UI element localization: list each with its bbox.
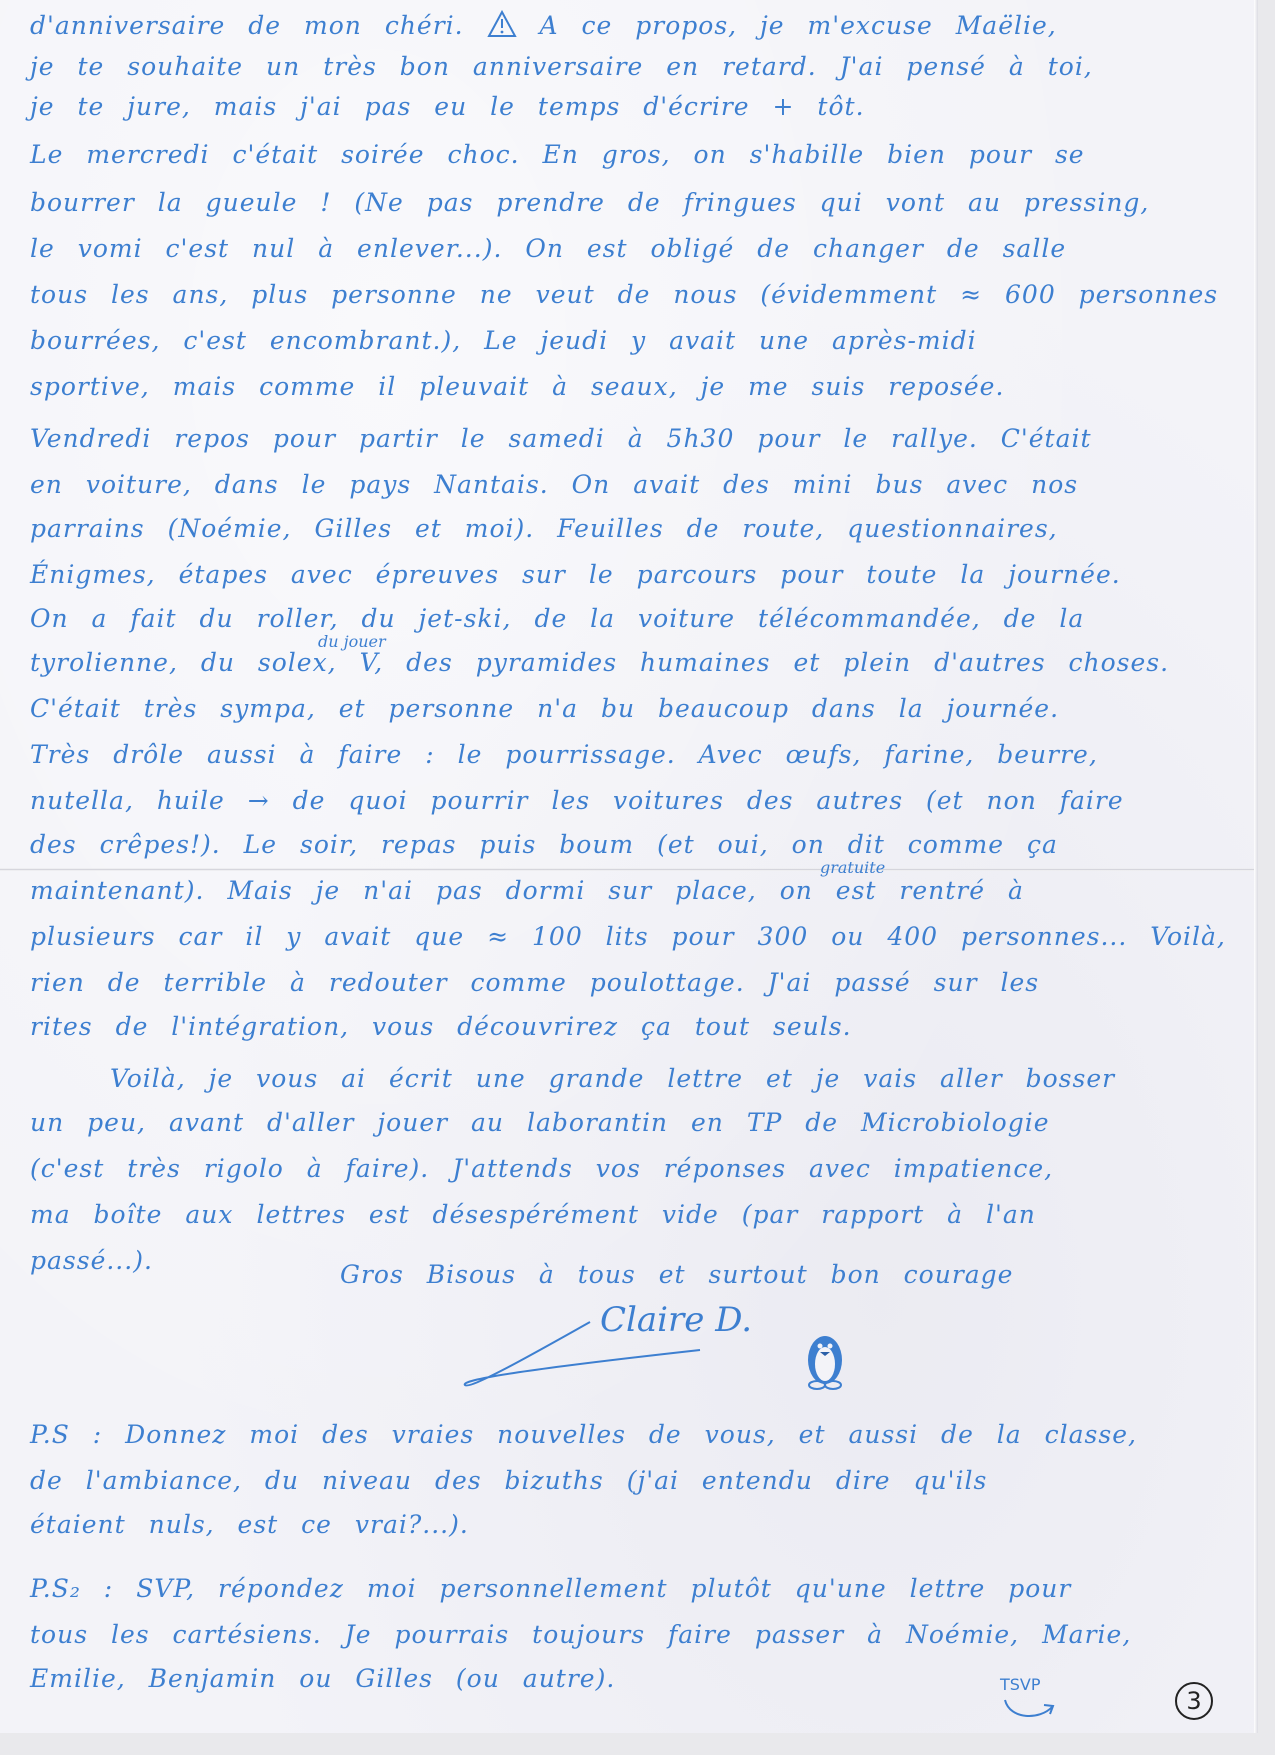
letter-line: rites de l'intégration, vous découvrirez… xyxy=(30,1012,852,1041)
ps2-line: tous les cartésiens. Je pourrais toujour… xyxy=(30,1620,1131,1649)
paper-edge xyxy=(1254,0,1258,1733)
ps1-text: Donnez moi des vraies nouvelles de vous,… xyxy=(125,1420,1137,1449)
letter-line: Le mercredi c'était soirée choc. En gros… xyxy=(30,140,1085,169)
letter-line: plusieurs car il y avait que ≈ 100 lits … xyxy=(30,922,1226,951)
letter-line: d'anniversaire de mon chéri. A ce propos… xyxy=(30,10,1057,40)
letter-line: C'était très sympa, et personne n'a bu b… xyxy=(30,694,1059,723)
letter-line: en voiture, dans le pays Nantais. On ava… xyxy=(30,470,1078,499)
closing-line: ma boîte aux lettres est désespérément v… xyxy=(30,1200,1036,1229)
pto-label: TSVP xyxy=(1000,1675,1041,1694)
signature: Claire D. xyxy=(460,1300,760,1400)
letter-line: nutella, huile → de quoi pourrir les voi… xyxy=(30,786,1124,815)
closing-line: Voilà, je vous ai écrit une grande lettr… xyxy=(110,1064,1115,1093)
letter-line: sportive, mais comme il pleuvait à seaux… xyxy=(30,372,1004,401)
ps1-line: étaient nuls, est ce vrai?...). xyxy=(30,1510,469,1539)
letter-line: tous les ans, plus personne ne veut de n… xyxy=(30,280,1218,309)
letter-line: bourrées, c'est encombrant.), Le jeudi y… xyxy=(30,326,977,355)
letter-line: le vomi c'est nul à enlever...). On est … xyxy=(30,234,1066,263)
letter-line: tyrolienne, du solex, V, des pyramides h… xyxy=(30,648,1169,677)
letter-line: je te souhaite un très bon anniversaire … xyxy=(30,52,1093,81)
letter-line: des crêpes!). Le soir, repas puis boum (… xyxy=(30,830,1058,859)
letter-line: rien de terrible à redouter comme poulot… xyxy=(30,968,1039,997)
letter-text: d'anniversaire de mon chéri. xyxy=(30,11,464,40)
curved-arrow-icon xyxy=(1000,1695,1060,1725)
letter-text: A ce propos, je m'excuse Maëlie, xyxy=(540,11,1057,40)
letter-line: je te jure, mais j'ai pas eu le temps d'… xyxy=(30,92,865,121)
letter-line: bourrer la gueule ! (Ne pas prendre de f… xyxy=(30,188,1149,217)
closing-line: un peu, avant d'aller jouer au laboranti… xyxy=(30,1108,1050,1137)
penguin-drawing-icon xyxy=(800,1330,850,1392)
farewell: Gros Bisous à tous et surtout bon courag… xyxy=(340,1260,1013,1289)
ps1-line: P.S : Donnez moi des vraies nouvelles de… xyxy=(30,1420,1137,1449)
ps1-line: de l'ambiance, du niveau des bizuths (j'… xyxy=(30,1466,987,1495)
ps1-label: P.S : xyxy=(30,1420,102,1449)
letter-line: Vendredi repos pour partir le samedi à 5… xyxy=(30,424,1092,453)
warning-triangle-icon xyxy=(487,10,517,38)
closing-line: (c'est très rigolo à faire). J'attends v… xyxy=(30,1154,1053,1183)
ps2-line: P.S₂ : SVP, répondez moi personnellement… xyxy=(30,1574,1071,1603)
letter-page: d'anniversaire de mon chéri. A ce propos… xyxy=(0,0,1258,1733)
closing-line: passé...). xyxy=(30,1246,153,1275)
letter-line: Très drôle aussi à faire : le pourrissag… xyxy=(30,740,1098,769)
ps2-line: Emilie, Benjamin ou Gilles (ou autre). xyxy=(30,1664,615,1693)
letter-line: parrains (Noémie, Gilles et moi). Feuill… xyxy=(30,514,1058,543)
letter-line: On a fait du roller, du jet-ski, de la v… xyxy=(30,604,1084,633)
letter-line: maintenant). Mais je n'ai pas dormi sur … xyxy=(30,876,1024,905)
inserted-word: gratuite xyxy=(820,858,885,877)
letter-line: Énigmes, étapes avec épreuves sur le par… xyxy=(30,560,1121,589)
signature-text: Claire D. xyxy=(600,1300,752,1340)
paper-fold-line xyxy=(0,868,1258,871)
page-number: 3 xyxy=(1175,1682,1213,1720)
ps2-label: P.S₂ : xyxy=(30,1574,113,1603)
ps2-text: SVP, répondez moi personnellement plutôt… xyxy=(136,1574,1071,1603)
